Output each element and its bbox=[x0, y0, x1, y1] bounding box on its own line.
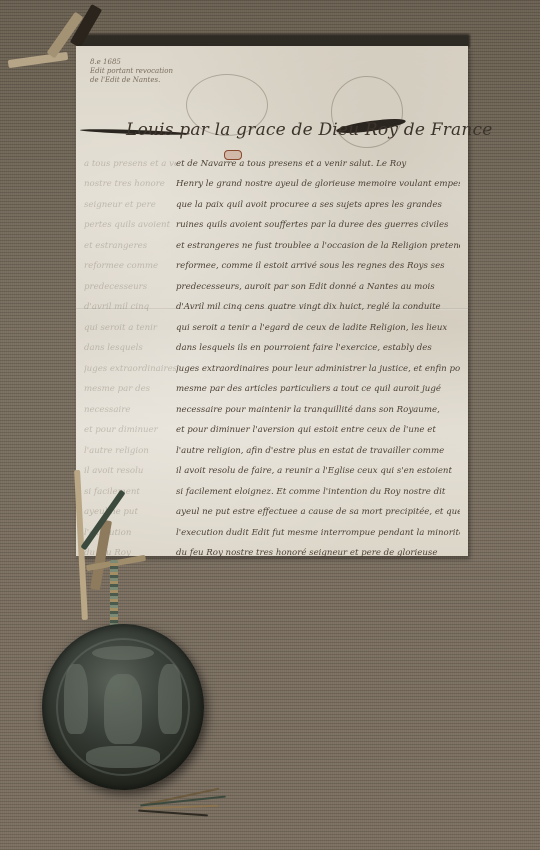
parchment-document: 8.e 1685 Edit portant revocation de l'Ed… bbox=[76, 46, 468, 556]
text-line: l'autre religionl'autre religion, afin d… bbox=[84, 435, 460, 456]
annotation-line-1: 8.e 1685 bbox=[90, 58, 173, 67]
document-title-line: Louis par la grace de Dieu Roy de France bbox=[126, 120, 493, 140]
annotation-line-2: Edit portant revocation bbox=[90, 67, 173, 76]
text-line: juges extraordinairesjuges extraordinair… bbox=[84, 353, 460, 374]
seal-tassel bbox=[142, 805, 218, 810]
text-line: necessairenecessaire pour maintenir la t… bbox=[84, 394, 460, 415]
archival-annotation: 8.e 1685 Edit portant revocation de l'Ed… bbox=[90, 58, 173, 85]
seal-base bbox=[86, 746, 160, 768]
text-line: l'executionl'execution dudit Edit fut me… bbox=[84, 517, 460, 538]
text-line: dans lesquelsdans lesquels ils en pourro… bbox=[84, 333, 460, 354]
text-line: d'avril mil cinqd'Avril mil cinq cens qu… bbox=[84, 292, 460, 313]
text-line: pertes quils avoientruines quils avoient… bbox=[84, 210, 460, 231]
text-line: reformee commereformee, comme il estoit … bbox=[84, 251, 460, 272]
seal-canopy bbox=[92, 646, 154, 660]
text-line: si facilementsi facilement eloignez. Et … bbox=[84, 476, 460, 497]
annotation-line-3: de l'Edit de Nantes. bbox=[90, 76, 173, 85]
ribbon-tie-top bbox=[8, 52, 69, 68]
text-line: et estrangereset estrangeres ne fust tro… bbox=[84, 230, 460, 251]
seal-figure-left bbox=[64, 664, 88, 734]
document-body: a tous presens et a veniret de Navarre a… bbox=[84, 148, 460, 558]
text-line: predecesseurspredecesseurs, auroit par s… bbox=[84, 271, 460, 292]
text-line: qui seroit a tenirqui seroit a tenir a l… bbox=[84, 312, 460, 333]
seal-tassel bbox=[138, 810, 208, 817]
text-line: et pour diminueret pour diminuer l'avers… bbox=[84, 415, 460, 436]
wax-seal bbox=[42, 624, 204, 790]
text-line: seigneur et pereque la paix quil avoit p… bbox=[84, 189, 460, 210]
seal-figure-king bbox=[104, 674, 142, 744]
text-line: ayeul ne putayeul ne put estre effectuee… bbox=[84, 497, 460, 518]
seal-figure-right bbox=[158, 664, 182, 734]
text-line: il avoit resoluil avoit resolu de faire,… bbox=[84, 456, 460, 477]
text-line: a tous presens et a veniret de Navarre a… bbox=[84, 148, 460, 169]
text-line: mesme par desmesme par des articles part… bbox=[84, 374, 460, 395]
text-line: nostre tres honoreHenry le grand nostre … bbox=[84, 169, 460, 190]
